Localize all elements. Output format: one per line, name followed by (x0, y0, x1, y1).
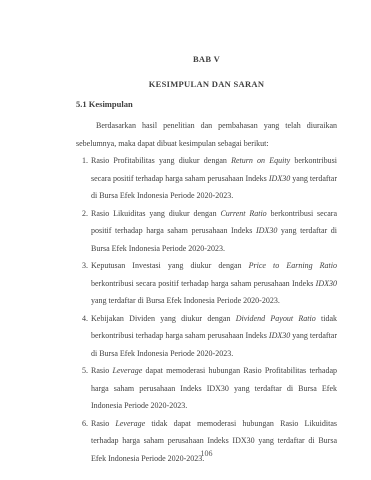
page-number: 106 (76, 449, 337, 458)
text-segment: Rasio (91, 366, 113, 375)
page-content: BAB V KESIMPULAN DAN SARAN 5.1 Kesimpula… (76, 54, 337, 467)
conclusion-list: Rasio Profitabilitas yang diukur dengan … (76, 152, 337, 467)
text-segment: Kebijakan Dividen yang diukur dengan (91, 314, 236, 323)
document-page: BAB V KESIMPULAN DAN SARAN 5.1 Kesimpula… (0, 0, 371, 480)
italic-term: Current Ratio (220, 209, 266, 218)
text-segment: Rasio (91, 419, 115, 428)
section-heading: 5.1 Kesimpulan (76, 99, 337, 109)
italic-term: IDX30 (269, 331, 290, 340)
italic-term: Leverage (113, 366, 143, 375)
italic-term: IDX30 (256, 226, 277, 235)
italic-term: Price to Earning Ratio (249, 261, 337, 270)
italic-term: Dividend Payout Ratio (236, 314, 316, 323)
conclusion-item: Rasio Leverage dapat memoderasi hubungan… (90, 362, 337, 415)
conclusion-item: Rasio Likuiditas yang diukur dengan Curr… (90, 205, 337, 258)
italic-term: Leverage (115, 419, 145, 428)
text-segment: yang terdaftar di Bursa Efek Indonesia P… (91, 296, 280, 305)
conclusion-item: Rasio Profitabilitas yang diukur dengan … (90, 152, 337, 205)
conclusion-item: Keputusan Investasi yang diukur dengan P… (90, 257, 337, 310)
text-segment: Rasio Likuiditas yang diukur dengan (91, 209, 220, 218)
conclusion-item: Kebijakan Dividen yang diukur dengan Div… (90, 310, 337, 363)
italic-term: IDX30 (316, 279, 337, 288)
italic-term: IDX30 (269, 174, 290, 183)
intro-paragraph: Berdasarkan hasil penelitian dan pembaha… (76, 117, 337, 152)
text-segment: Keputusan Investasi yang diukur dengan (91, 261, 249, 270)
text-segment: berkontribusi secara positif terhadap ha… (91, 279, 316, 288)
text-segment: Rasio Profitabilitas yang diukur dengan (91, 156, 231, 165)
conclusion-item: Rasio Leverage tidak dapat memoderasi hu… (90, 415, 337, 468)
chapter-subtitle-heading: KESIMPULAN DAN SARAN (76, 79, 337, 89)
chapter-heading: BAB V (76, 54, 337, 64)
italic-term: Return on Equity (231, 156, 290, 165)
